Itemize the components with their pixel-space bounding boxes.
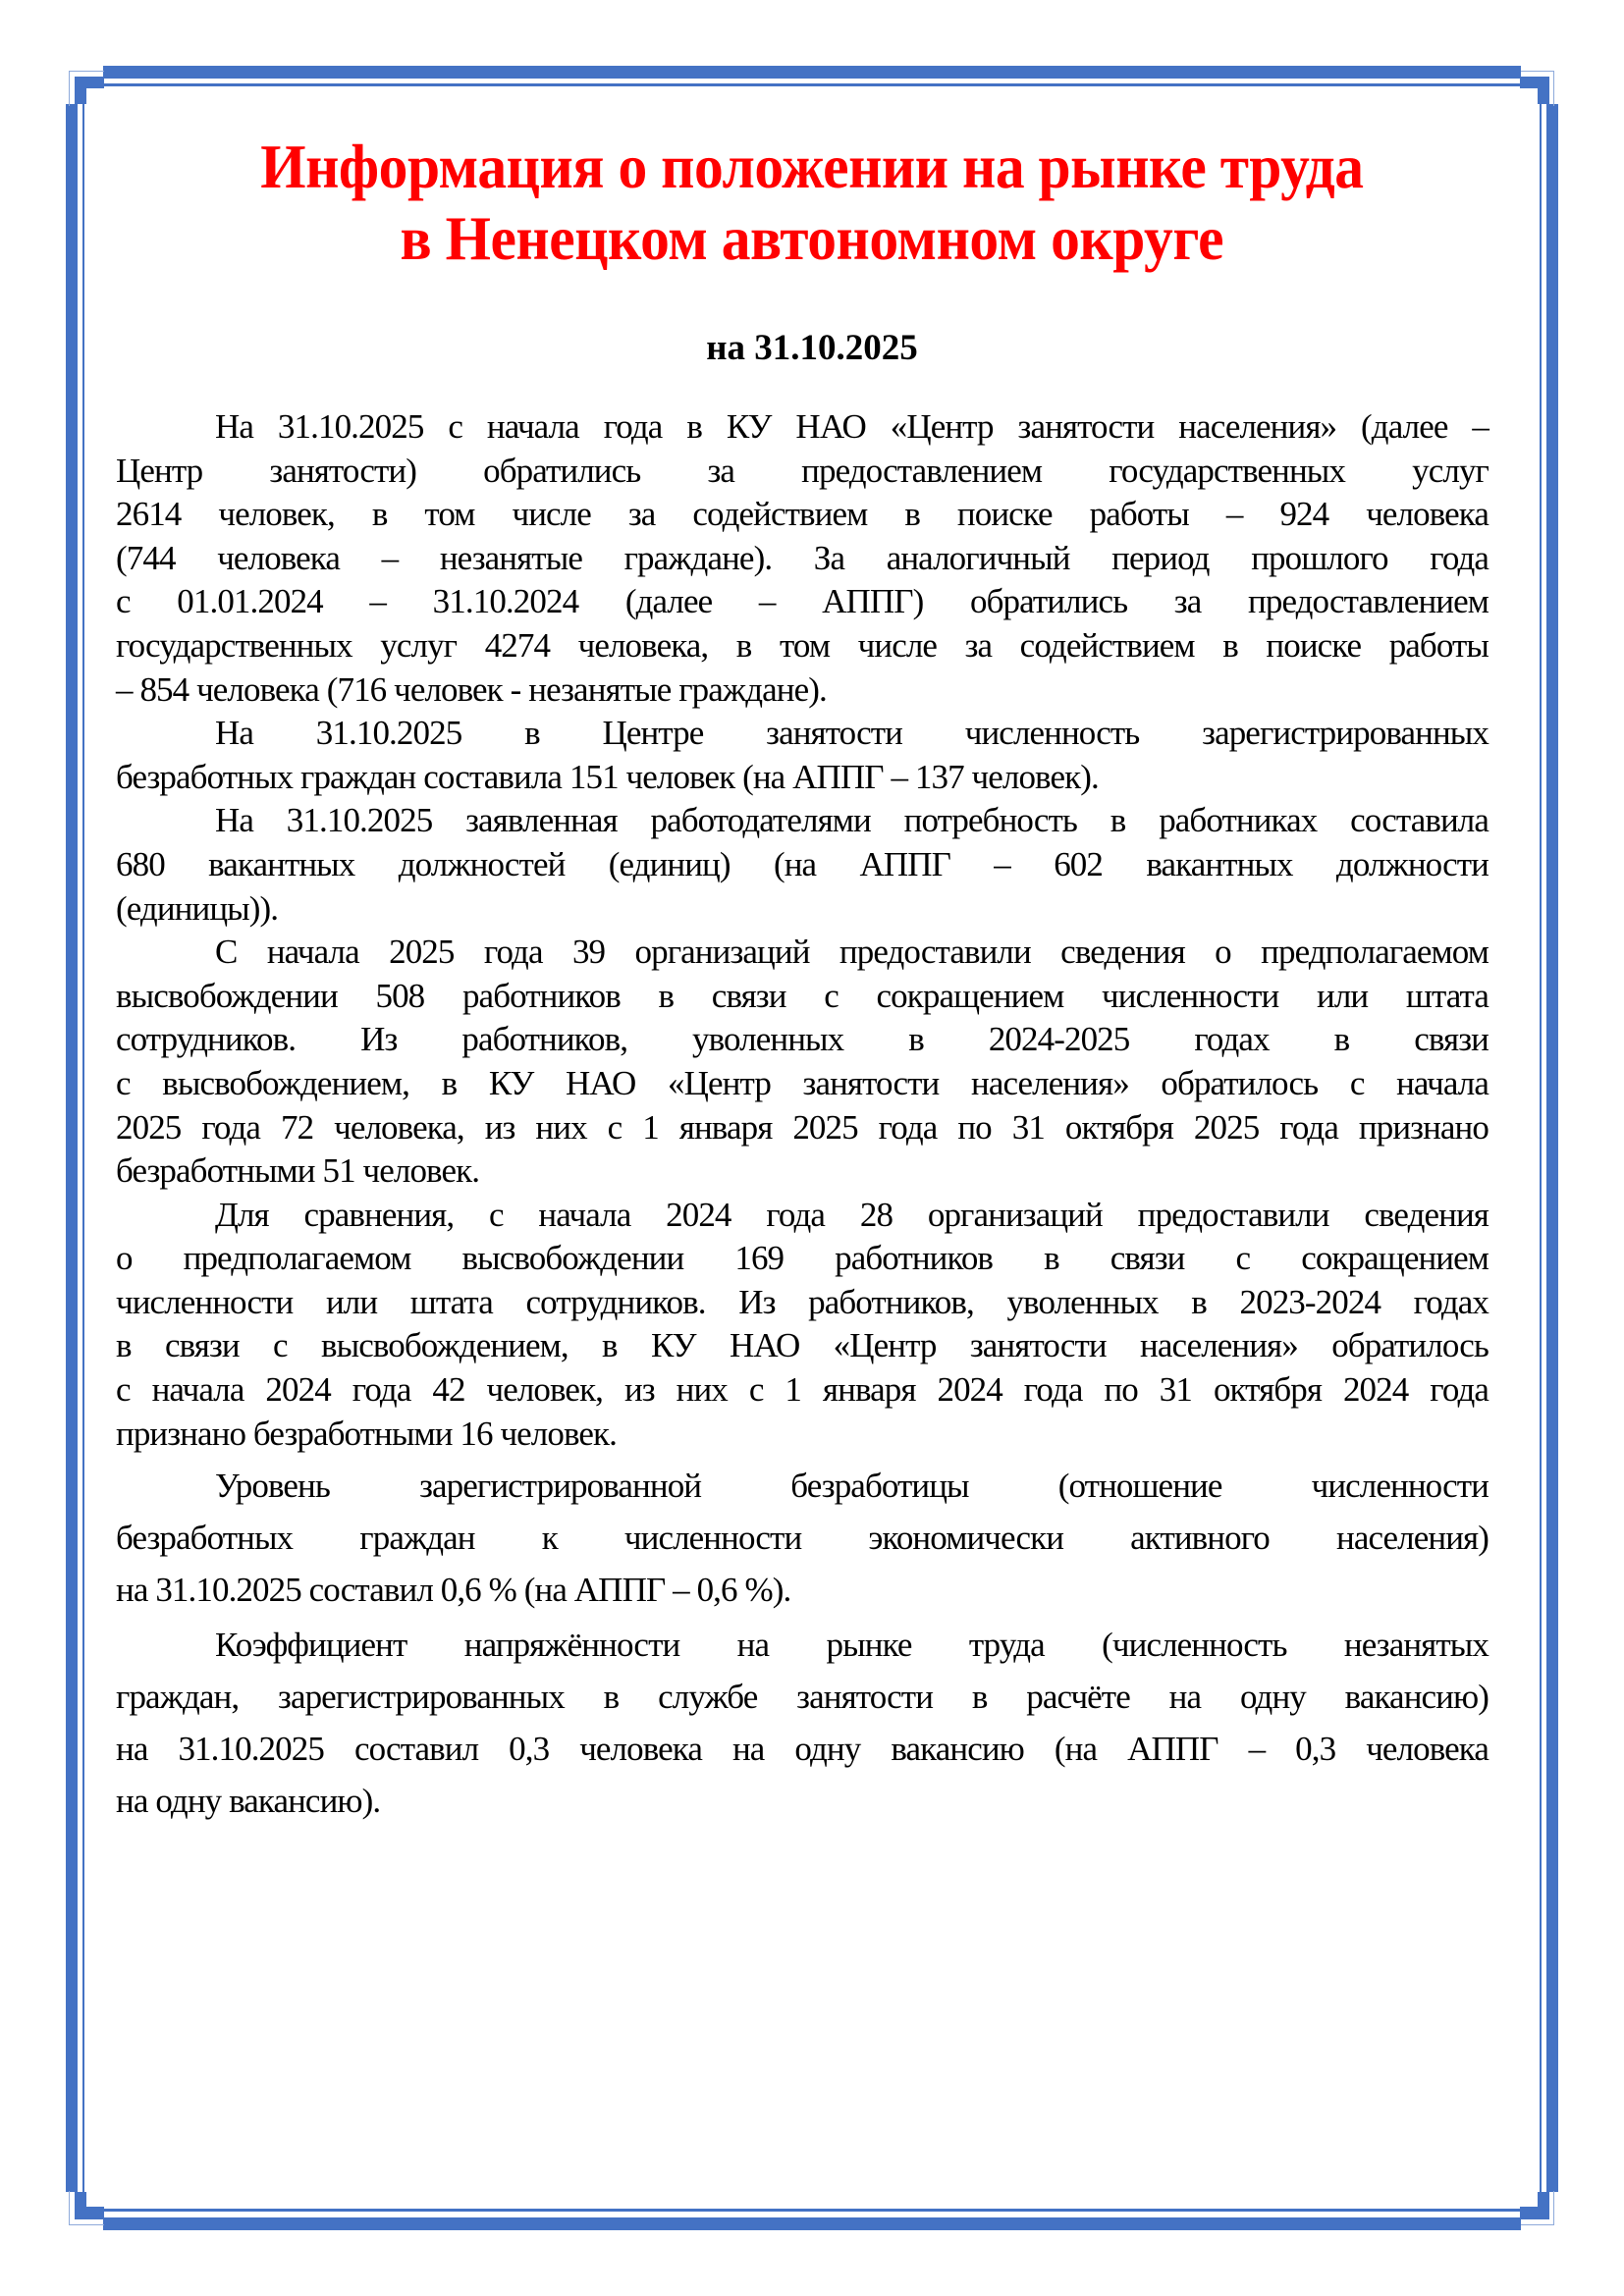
paragraph-unemployment-rate: Уровень зарегистрированной безработицы (… (116, 1460, 1489, 1616)
frame-bottom-thin (103, 2209, 1521, 2212)
text-line: – 854 человека (716 человек - незанятые … (116, 668, 1489, 713)
text-line: признано безработными 16 человек. (116, 1413, 1489, 1457)
frame-right-thick (1546, 104, 1558, 2192)
text-line: с 01.01.2024 – 31.10.2024 (далее – АППГ)… (116, 580, 1489, 624)
text-line: в связи с высвобождением, в КУ НАО «Цент… (116, 1324, 1489, 1368)
text-line: на 31.10.2025 составил 0,3 человека на о… (116, 1723, 1489, 1775)
text-line: на 31.10.2025 составил 0,6 % (на АППГ – … (116, 1564, 1489, 1616)
text-line: высвобождении 508 работников в связи с с… (116, 975, 1489, 1019)
document-page: Информация о положении на рынке труда в … (0, 0, 1624, 2296)
document-title: Информация о положении на рынке труда (0, 128, 1624, 206)
document-body: На 31.10.2025 с начала года в КУ НАО «Це… (116, 405, 1489, 1827)
text-line: граждан, зарегистрированных в службе зан… (116, 1671, 1489, 1723)
document-title-line-2: в Ненецком автономном округе (0, 199, 1624, 278)
text-line: о предполагаемом высвобождении 169 работ… (116, 1237, 1489, 1281)
text-line: Для сравнения, с начала 2024 года 28 орг… (116, 1194, 1489, 1238)
paragraph-unemployed-count: На 31.10.2025 в Центре занятости численн… (116, 712, 1489, 799)
frame-left-thick (66, 104, 78, 2192)
date-heading: на 31.10.2025 (0, 327, 1624, 370)
text-line: На 31.10.2025 с начала года в КУ НАО «Це… (116, 405, 1489, 450)
text-line: численности или штата сотрудников. Из ра… (116, 1281, 1489, 1325)
frame-left-thin (82, 104, 84, 2192)
text-line: (единицы)). (116, 887, 1489, 932)
frame-bottom-thick (103, 2217, 1521, 2230)
paragraph-releases-2024: Для сравнения, с начала 2024 года 28 орг… (116, 1194, 1489, 1457)
title-line-1: Информация о положении на рынке труда (260, 128, 1363, 206)
frame-right-thin (1540, 104, 1542, 2192)
text-line: 680 вакантных должностей (единиц) (на АП… (116, 843, 1489, 887)
text-line: (744 человека – незанятые граждане). За … (116, 537, 1489, 581)
frame-corner-top-right-v (1538, 77, 1549, 104)
text-line: 2614 человек, в том числе за содействием… (116, 493, 1489, 537)
text-line: с начала 2024 года 42 человек, из них с … (116, 1368, 1489, 1413)
text-line: С начала 2025 года 39 организаций предос… (116, 931, 1489, 975)
frame-corner-top-left-v (75, 77, 86, 104)
frame-corner-bottom-right-v (1538, 2192, 1549, 2219)
text-line: сотрудников. Из работников, уволенных в … (116, 1018, 1489, 1062)
text-line: на одну вакансию). (116, 1775, 1489, 1827)
text-line: На 31.10.2025 заявленная работодателями … (116, 799, 1489, 843)
paragraph-releases-2025: С начала 2025 года 39 организаций предос… (116, 931, 1489, 1194)
text-line: На 31.10.2025 в Центре занятости численн… (116, 712, 1489, 756)
frame-top-thick (103, 66, 1521, 79)
text-line: безработных граждан к численности эконом… (116, 1512, 1489, 1564)
text-line: государственных услуг 4274 человека, в т… (116, 624, 1489, 668)
frame-corner-bottom-left-v (75, 2192, 86, 2219)
paragraph-vacancies: На 31.10.2025 заявленная работодателями … (116, 799, 1489, 931)
text-line: Уровень зарегистрированной безработицы (… (116, 1460, 1489, 1512)
paragraph-tension-coefficient: Коэффициент напряжённости на рынке труда… (116, 1619, 1489, 1827)
text-line: 2025 года 72 человека, из них с 1 января… (116, 1106, 1489, 1150)
text-line: безработных граждан составила 151 челове… (116, 756, 1489, 800)
text-line: с высвобождением, в КУ НАО «Центр занято… (116, 1062, 1489, 1106)
title-line-2: в Ненецком автономном округе (401, 199, 1224, 278)
frame-top-thin (103, 83, 1521, 86)
text-line: Коэффициент напряжённости на рынке труда… (116, 1619, 1489, 1671)
text-line: Центр занятости) обратились за предостав… (116, 450, 1489, 494)
text-line: безработными 51 человек. (116, 1149, 1489, 1194)
paragraph-applications: На 31.10.2025 с начала года в КУ НАО «Це… (116, 405, 1489, 712)
